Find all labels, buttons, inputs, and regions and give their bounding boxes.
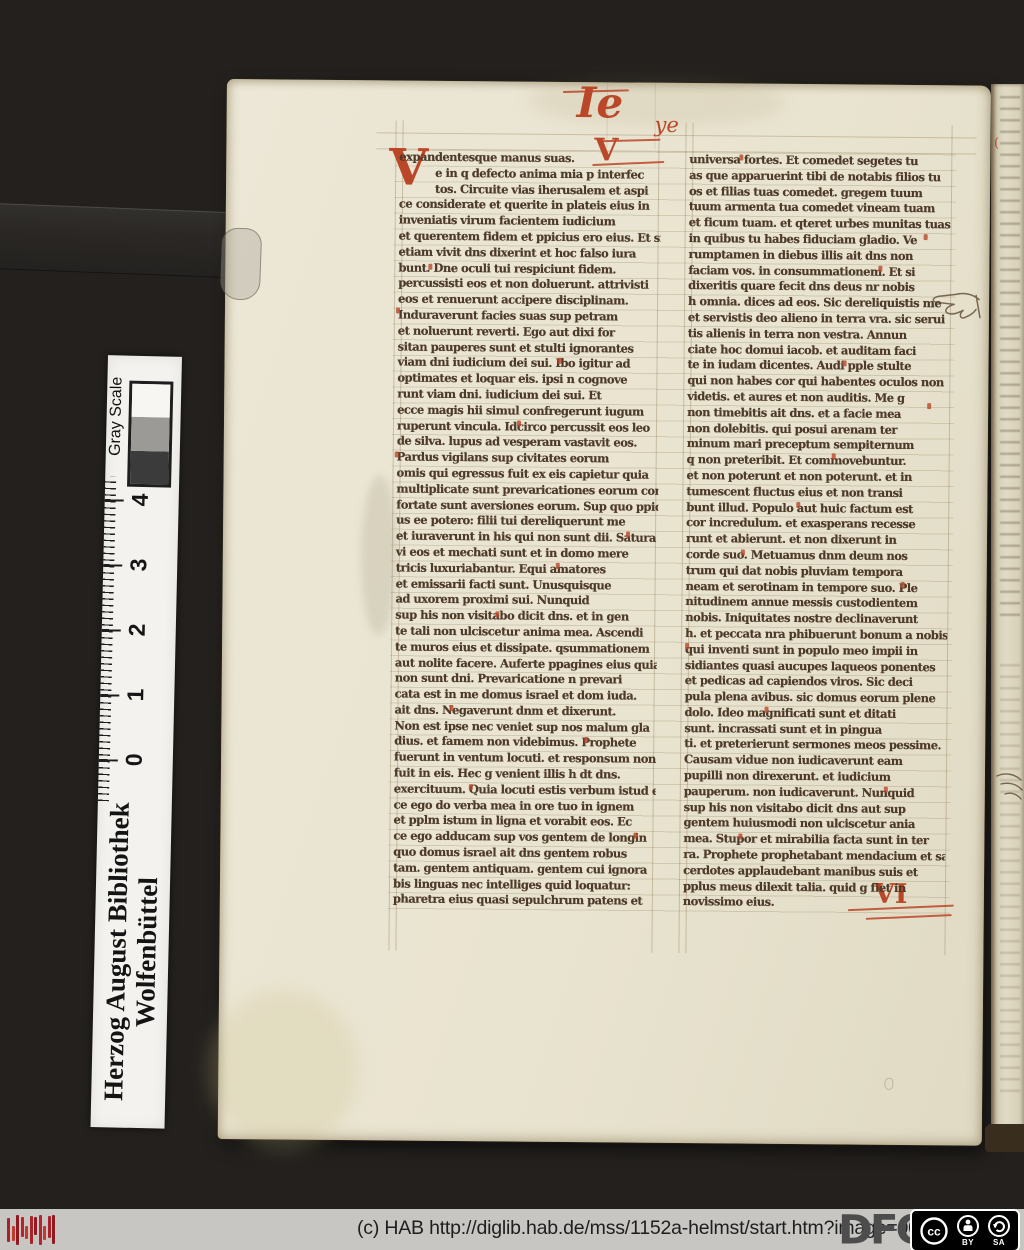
ms-line: videtis. et aures et non auditis. Me g	[687, 389, 949, 407]
ms-line: rumptamen in diebus illis ait dns non	[688, 247, 950, 265]
red-touch-mark	[843, 360, 847, 366]
margin-doodle	[884, 1078, 893, 1090]
ms-line: tam. gentem antiquam. gentem cui ignora	[393, 860, 655, 878]
next-page-text-sliver	[1000, 664, 1020, 1094]
ms-line: ait dns. Negaverunt dnm et dixerunt.	[394, 702, 656, 720]
red-touch-mark	[556, 563, 560, 569]
red-touch-mark	[633, 833, 637, 839]
red-touch-mark	[739, 154, 743, 160]
cc-sa-icon: SA	[987, 1214, 1011, 1247]
gray-scale-dark	[130, 450, 169, 484]
ms-line: corde suo. Metuamus dnm deum nos	[686, 547, 948, 565]
red-touch-mark	[764, 707, 768, 713]
text-column-1: expandentesque manus suas.e in q defecto…	[393, 150, 662, 914]
ms-line: e in q defecto anima mia p interfec	[399, 165, 661, 183]
library-name: Herzog August Bibliothek Wolfenbüttel	[90, 775, 172, 1129]
manicule-icon	[995, 766, 1024, 806]
red-touch-mark	[469, 784, 473, 790]
ms-line: dolo. Ideo magnificati sunt et ditati	[684, 705, 946, 723]
ms-line: te tali non ulciscetur anima mea. Ascend…	[395, 623, 657, 641]
gray-scale-mid	[131, 417, 170, 451]
digitized-manuscript-scan: Ie ye V V VI expandentesque manus suas.e…	[0, 0, 1024, 1250]
next-page-red-mark: (	[994, 136, 999, 151]
ms-line: exercituum. Quia locuti estis verbum ist…	[394, 781, 656, 799]
book-fore-edge: (	[991, 84, 1024, 1146]
red-touch-mark	[741, 550, 745, 556]
ruler: 01234	[98, 470, 179, 777]
gray-scale-caption: Gray Scale	[106, 366, 126, 466]
running-title-rubric: Ie	[577, 78, 624, 127]
gray-scale-light	[132, 384, 171, 418]
library-label: Herzog August Bibliothek Wolfenbüttel 01…	[90, 355, 181, 1128]
ruler-num: 2	[123, 615, 151, 646]
cc-license-badge: cc BY SA	[910, 1209, 1020, 1250]
ms-line: non timebitis ait dns. et a facie mea	[687, 405, 949, 423]
red-touch-mark	[396, 307, 400, 313]
library-name-line1: Herzog August Bibliothek	[98, 802, 135, 1101]
ms-line: ecce magis hii simul confregerunt iugum	[397, 402, 659, 420]
red-touch-mark	[878, 266, 882, 272]
manicule-icon	[927, 285, 983, 327]
gray-scale-patch	[127, 381, 173, 488]
gray-scale-target: Gray Scale	[105, 355, 182, 472]
parchment-stain	[208, 989, 359, 1150]
red-touch-mark	[685, 643, 689, 649]
red-touch-mark	[584, 737, 588, 743]
ms-line: pharetra eius quasi sepulchrum patens et	[393, 892, 655, 910]
ms-line: tis alienis in terra non vestra. Annun	[688, 326, 950, 344]
ruler-numbers: 01234	[98, 470, 179, 777]
red-touch-mark	[796, 502, 800, 508]
page-holder-strip	[0, 203, 240, 278]
ms-line: etiam vivit dns dixerint et hoc falso iu…	[398, 244, 660, 262]
red-touch-mark	[924, 234, 928, 240]
svg-text:cc: cc	[927, 1224, 941, 1238]
text-column-2: universa fortes. Et comedet segetes tuas…	[683, 152, 952, 916]
library-name-line2: Wolfenbüttel	[130, 877, 164, 1028]
ms-line: qui inventi sunt in populo meo impii in	[685, 642, 947, 660]
ms-line: as que apparuerint tibi de notabis filio…	[689, 168, 951, 186]
quire-mark: ye	[655, 113, 680, 137]
ms-line: tumescent fluctus eius et non transi	[686, 484, 948, 502]
red-touch-mark	[901, 582, 905, 588]
red-touch-mark	[558, 358, 562, 364]
red-touch-mark	[395, 451, 399, 457]
chapter-v-flourish	[598, 139, 660, 143]
ruler-num: 1	[122, 680, 150, 711]
red-touch-mark	[449, 705, 453, 711]
ms-line: pauperum. non iudicaverunt. Nunquid	[684, 784, 946, 802]
ruler-num: 0	[120, 745, 148, 776]
cc-logo-icon: cc	[919, 1216, 949, 1246]
next-page-text-sliver	[1000, 96, 1020, 616]
ms-line: et non poterunt et non poterunt. et in	[686, 468, 948, 486]
hab-logo-icon	[7, 1212, 55, 1247]
library-label-content: Herzog August Bibliothek Wolfenbüttel 01…	[90, 355, 181, 1128]
ms-line: te muros eius et dissipate. qsummationem	[395, 639, 657, 657]
red-touch-mark	[832, 453, 836, 459]
red-touch-mark	[927, 403, 931, 409]
ms-line: h. et peccata nra phibuerunt bonum a nob…	[685, 626, 947, 644]
ms-line: multiplicate sunt prevaricationes eorum …	[396, 481, 658, 499]
ruler-num: 3	[125, 550, 153, 581]
book-edge-shadow	[985, 1124, 1024, 1152]
ruler-num: 4	[126, 485, 154, 516]
ms-line: trum qui dat nobis pluviam tempora	[686, 563, 948, 581]
cc-by-icon: BY	[956, 1214, 980, 1247]
red-touch-mark	[626, 531, 630, 537]
ms-line: vi eos et mechati sunt et in domo mere	[396, 544, 658, 562]
page-holder-tip	[220, 227, 262, 300]
ms-line: et noluerunt reverti. Ego aut dixi for	[398, 323, 660, 341]
footer-bar: (c) HAB http://diglib.hab.de/mss/1152a-h…	[0, 1209, 1024, 1250]
ms-line: tricis luxuriabantur. Equi amatores	[396, 560, 658, 578]
red-touch-mark	[884, 787, 888, 793]
ms-line: runt viam dni. iudicium dei sui. Et	[397, 386, 659, 404]
red-touch-mark	[495, 611, 499, 617]
red-touch-mark	[738, 833, 742, 839]
red-touch-mark	[517, 421, 521, 427]
manuscript-page: Ie ye V V VI expandentesque manus suas.e…	[218, 79, 991, 1146]
ms-line: omis qui egressus fuit ex eis capietur q…	[396, 465, 658, 483]
ms-line: cerdotes applaudebant manibus suis et	[683, 863, 945, 881]
ms-line: novissimo eius.	[683, 894, 945, 912]
red-touch-mark	[428, 264, 432, 270]
